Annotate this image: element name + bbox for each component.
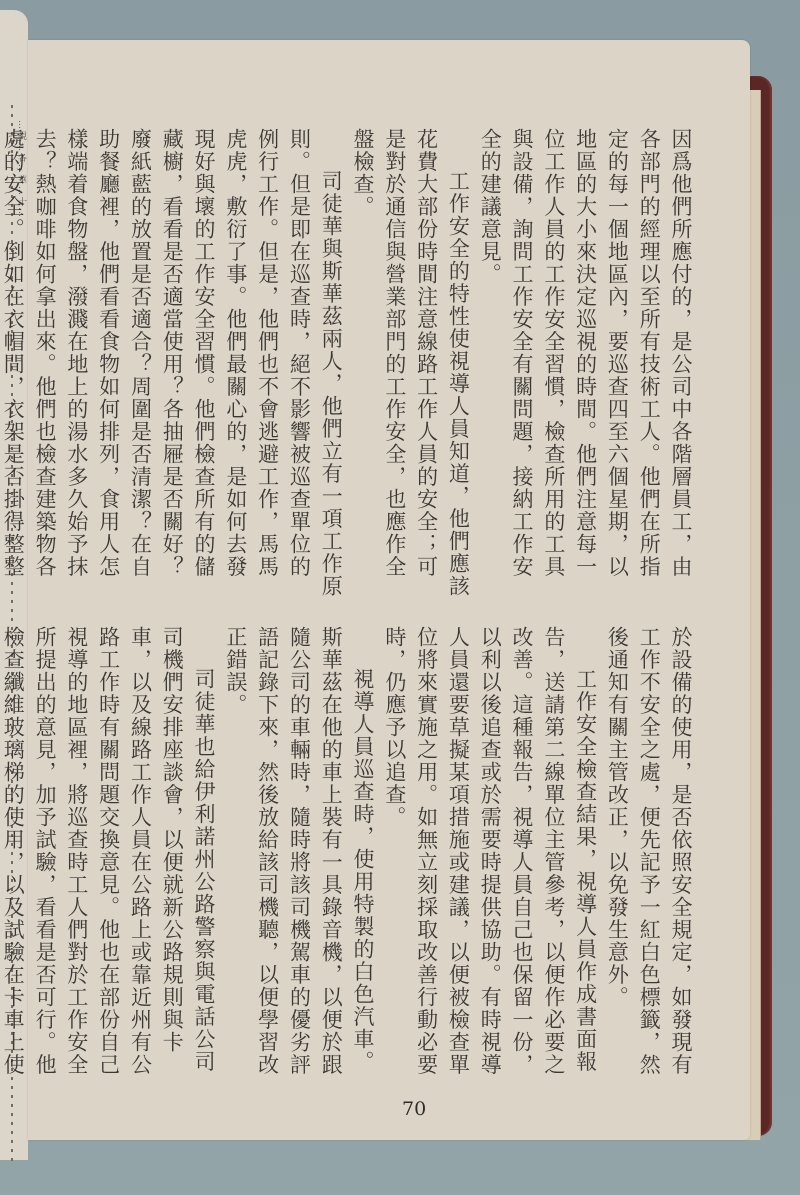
paragraph: 司徒華也給伊利諾州公路警察與電話公司司機們安排座談會，以便就新公路規則與卡車，以…: [0, 626, 219, 1086]
paragraph: 司徒華與斯華茲兩人，他們立有一項工作原則。但是即在巡查時，絕不影響被巡查單位的例…: [0, 128, 346, 598]
paragraph: 於設備的使用，是否依照安全規定，如發現有工作不安全之處，便先記予一紅白色標籤，然…: [601, 626, 696, 1086]
paragraph: 工作安全檢查結果，視導人員作成書面報告，送請第二線單位主管參考，以便作必要之改善…: [378, 626, 601, 1086]
lower-text-tier: 於設備的使用，是否依照安全規定，如發現有工作不安全之處，便先記予一紅白色標籤，然…: [16, 626, 696, 1086]
body-text: 因爲他們所應付的，是公司中各階層員工，由各部門的經理以至所有技術工人。他們在所指…: [16, 128, 696, 1068]
paragraph: 視導人員巡查時，使用特製的白色汽車。斯華茲在他的車上裝有一具錄音機，以便於跟隨公…: [219, 626, 378, 1086]
book-page: 因爲他們所應付的，是公司中各階層員工，由各部門的經理以至所有技術工人。他們在所指…: [28, 40, 750, 1140]
paragraph: 工作安全的特性使視導人員知道，他們應該花費大部份時間注意線路工作人員的安全；可是…: [346, 128, 473, 598]
upper-text-tier: 因爲他們所應付的，是公司中各階層員工，由各部門的經理以至所有技術工人。他們在所指…: [16, 128, 696, 598]
paragraph: 因爲他們所應付的，是公司中各階層員工，由各部門的經理以至所有技術工人。他們在所指…: [473, 128, 696, 598]
page-number: 70: [402, 1098, 426, 1120]
